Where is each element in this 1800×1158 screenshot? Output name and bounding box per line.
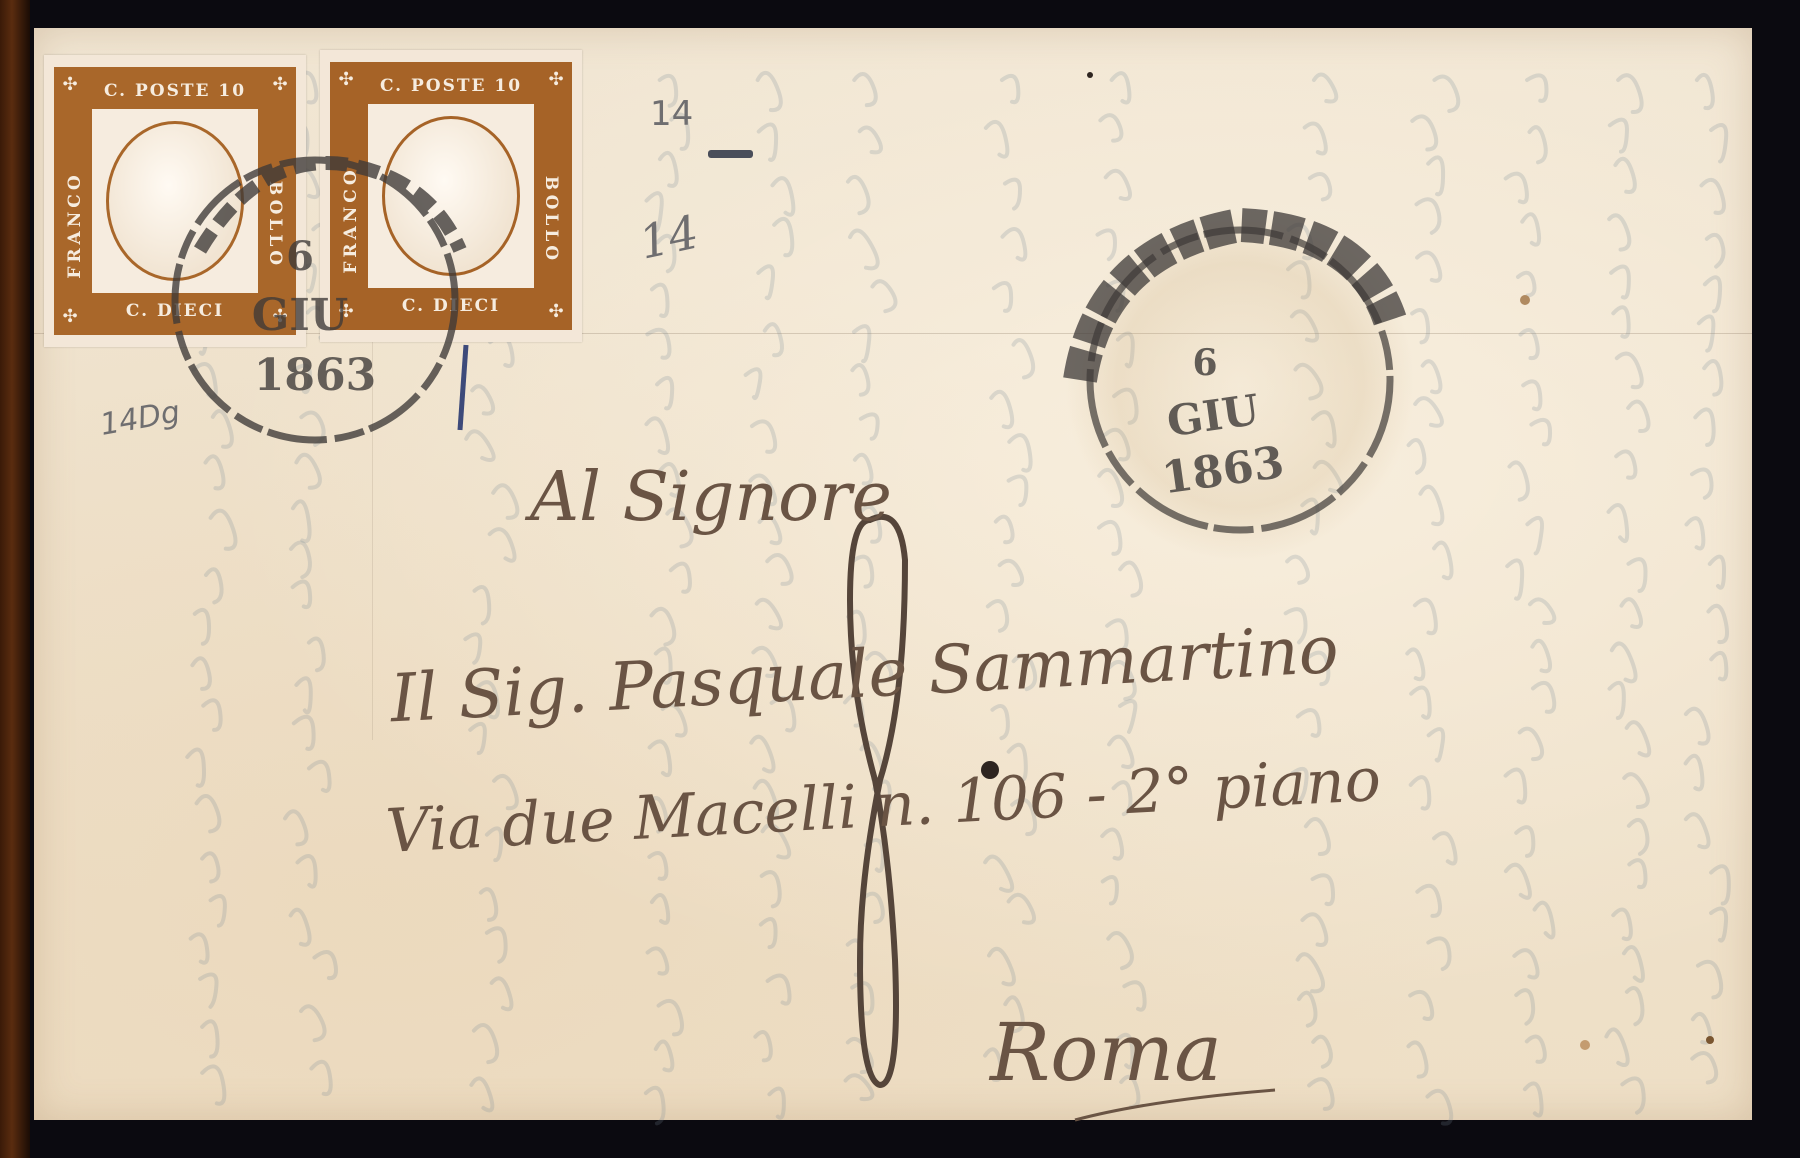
arrival-postmark: 6 GIU 1863 [1065, 210, 1415, 560]
foxing-spot [1706, 1036, 1714, 1044]
postage-due-tax-mark: 8 [0, 0, 905, 1085]
address-line-city: Roma [988, 1006, 1222, 1099]
ink-speck [1087, 72, 1093, 78]
origin-postmark-day: 6 [286, 233, 314, 280]
pencil-note-14-script: 14 [635, 205, 703, 270]
ink-blot [981, 761, 999, 779]
tax-mark-value: 8 [0, 0, 10, 4]
foxing-spot [1520, 295, 1530, 305]
origin-postmark: 6 GIU 1863 [175, 160, 460, 440]
cover-markings: 6 GIU 1863 6 GIU 1863 14 14 14Dg 8 Al Si… [0, 0, 1800, 1158]
arrival-postmark-day: 6 [1192, 342, 1217, 384]
pencil-note-14dg: 14Dg [98, 395, 183, 443]
ink-dash-mark [708, 150, 753, 158]
address-line-salutation: Al Signore [524, 458, 892, 537]
pencil-note-14: 14 [650, 94, 693, 134]
blue-crayon-mark [460, 345, 466, 430]
origin-postmark-month: GIU [252, 290, 349, 341]
foxing-spot [1580, 1040, 1590, 1050]
origin-postmark-year: 1863 [254, 350, 376, 401]
